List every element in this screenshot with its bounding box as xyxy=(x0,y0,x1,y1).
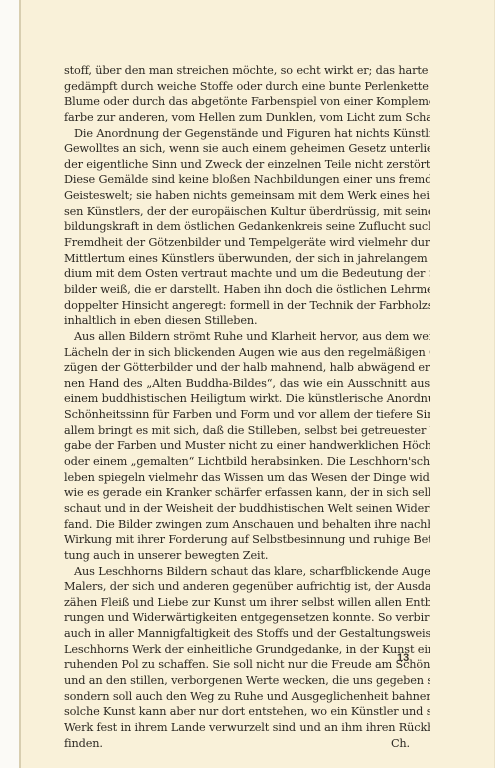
text-line: oder einem „gemalten“ Lichtbild herabsin… xyxy=(64,454,430,470)
text-line: und an den stillen, verborgenen Werte we… xyxy=(64,673,430,689)
text-line: rungen und Widerwärtigkeiten entgegenset… xyxy=(64,610,430,626)
text-line: einem buddhistischen Heiligtum wirkt. Di… xyxy=(64,391,430,407)
closing-line: finden.Ch. xyxy=(64,736,430,752)
text-line: Malers, der sich und anderen gegenüber a… xyxy=(64,579,430,595)
text-line: allem bringt es mit sich, daß die Stille… xyxy=(64,423,430,439)
book-page: stoff, über den man streichen möchte, so… xyxy=(19,0,495,768)
text-line: sen Künstlers, der der europäischen Kult… xyxy=(64,204,430,220)
text-line: schaut und in der Weisheit der buddhisti… xyxy=(64,501,430,517)
text-line: zähen Fleiß und Liebe zur Kunst um ihrer… xyxy=(64,595,430,611)
text-line: tung auch in unserer bewegten Zeit. xyxy=(64,548,430,564)
paragraph-start-line: Die Anordnung der Gegenstände und Figure… xyxy=(64,126,430,142)
text-line: Fremdheit der Götzenbilder und Tempelger… xyxy=(64,235,430,251)
author-signature: Ch. xyxy=(391,736,430,752)
text-line: fand. Die Bilder zwingen zum Anschauen u… xyxy=(64,517,430,533)
text-line: Lächeln der in sich blickenden Augen wie… xyxy=(64,345,430,361)
text-line: der eigentliche Sinn und Zweck der einze… xyxy=(64,157,430,173)
text-line: Blume oder durch das abgetönte Farbenspi… xyxy=(64,94,430,110)
text-line: wie es gerade ein Kranker schärfer erfas… xyxy=(64,485,430,501)
text-line: farbe zur anderen, vom Hellen zum Dunkle… xyxy=(64,110,430,126)
text-line: gabe der Farben und Muster nicht zu eine… xyxy=(64,438,430,454)
text-line: Werk fest in ihrem Lande verwurzelt sind… xyxy=(64,720,430,736)
text-line: leben spiegeln vielmehr das Wissen um da… xyxy=(64,470,430,486)
text-line: bildungskraft in dem östlichen Gedankenk… xyxy=(64,219,430,235)
text-line: Schönheitssinn für Farben und Form und v… xyxy=(64,407,430,423)
page-number: 13 xyxy=(397,652,409,664)
text-line: zügen der Götterbilder und der halb mahn… xyxy=(64,360,430,376)
paragraph-start-line: Aus allen Bildern strömt Ruhe und Klarhe… xyxy=(64,329,430,345)
text-line: ruhenden Pol zu schaffen. Sie soll nicht… xyxy=(64,657,430,673)
text-line: doppelter Hinsicht angeregt: formell in … xyxy=(64,298,430,314)
text-line: dium mit dem Osten vertraut machte und u… xyxy=(64,266,430,282)
text-line: Gewolltes an sich, wenn sie auch einem g… xyxy=(64,141,430,157)
text-line: Leschhorns Werk der einheitliche Grundge… xyxy=(64,642,430,658)
text-line: inhaltlich in eben diesen Stilleben. xyxy=(64,313,430,329)
text-line: sondern soll auch den Weg zu Ruhe und Au… xyxy=(64,689,430,705)
paragraph-start-line: Aus Leschhorns Bildern schaut das klare,… xyxy=(64,564,430,580)
final-word: finden. xyxy=(64,736,103,752)
text-line: stoff, über den man streichen möchte, so… xyxy=(64,63,430,79)
body-text: stoff, über den man streichen möchte, so… xyxy=(64,63,430,751)
text-line: bilder weiß, die er darstellt. Haben ihn… xyxy=(64,282,430,298)
text-line: gedämpft durch weiche Stoffe oder durch … xyxy=(64,79,430,95)
text-line: Wirkung mit ihrer Forderung auf Selbstbe… xyxy=(64,532,430,548)
scan-margin xyxy=(0,0,19,768)
text-line: Diese Gemälde sind keine bloßen Nachbild… xyxy=(64,172,430,188)
text-line: Mittlertum eines Künstlers überwunden, d… xyxy=(64,251,430,267)
text-line: solche Kunst kann aber nur dort entstehe… xyxy=(64,704,430,720)
text-line: Geisteswelt; sie haben nichts gemeinsam … xyxy=(64,188,430,204)
text-line: nen Hand des „Alten Buddha-Bildes“, das … xyxy=(64,376,430,392)
text-line: auch in aller Mannigfaltigkeit des Stoff… xyxy=(64,626,430,642)
